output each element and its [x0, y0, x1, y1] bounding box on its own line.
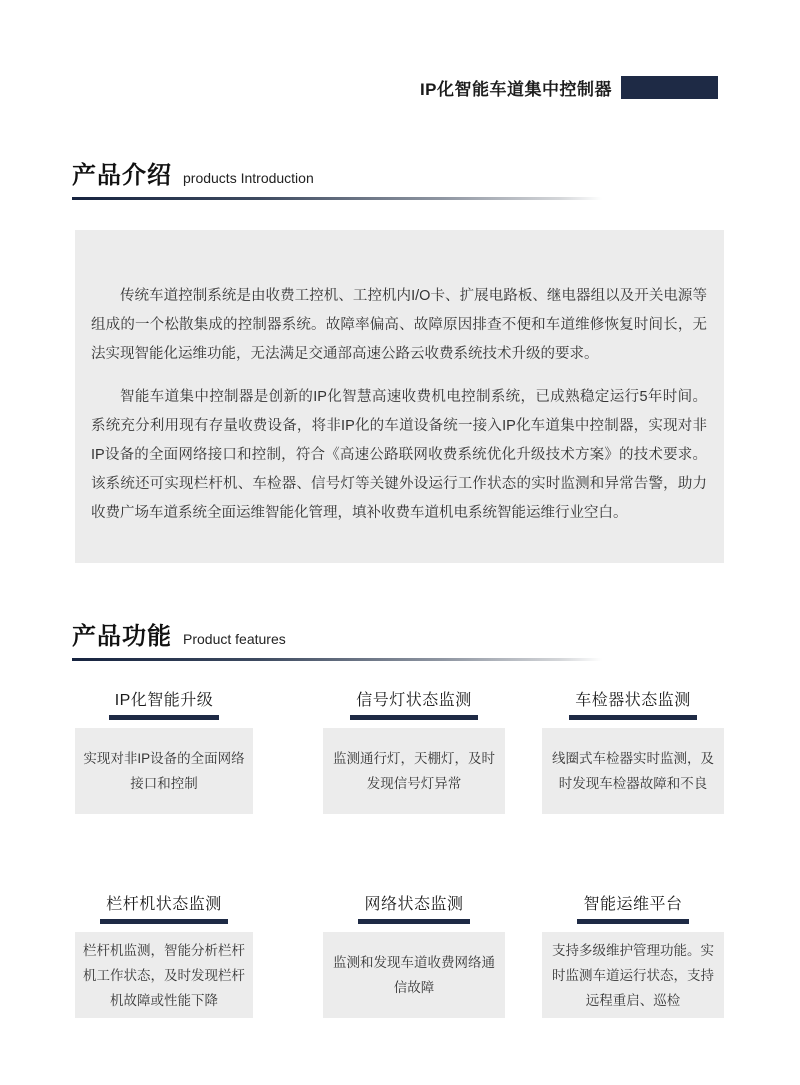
- feature-desc: 监测和发现车道收费网络通信故障: [331, 950, 497, 1000]
- feature-title-wrap: 网络状态监测: [358, 891, 469, 924]
- intro-title-row: 产品介绍 products Introduction: [72, 155, 602, 190]
- feature-card-network-status: 网络状态监测 监测和发现车道收费网络通信故障: [323, 891, 505, 1018]
- feature-title: 栏杆机状态监测: [100, 891, 228, 914]
- feature-desc-panel: 支持多级维护管理功能。实时监测车道运行状态，支持远程重启、巡检: [542, 932, 724, 1018]
- intro-section-subtitle: products Introduction: [183, 170, 314, 186]
- header-accent-block: [621, 76, 718, 99]
- feature-title-wrap: 智能运维平台: [577, 891, 688, 924]
- feature-title-underline: [109, 715, 220, 720]
- feature-title-underline: [358, 919, 469, 924]
- features-section-subtitle: Product features: [183, 631, 286, 647]
- document-page: IP化智能车道集中控制器 产品介绍 products Introduction …: [0, 0, 800, 1085]
- feature-desc: 栏杆机监测，智能分析栏杆机工作状态，及时发现栏杆机故障或性能下降: [83, 938, 245, 1013]
- feature-title-underline: [569, 715, 697, 720]
- page-header-title: IP化智能车道集中控制器: [420, 75, 612, 100]
- features-section-title: 产品功能: [72, 616, 172, 651]
- feature-card-vehicle-detector: 车检器状态监测 线圈式车检器实时监测，及时发现车检器故障和不良: [542, 687, 724, 814]
- feature-title: 网络状态监测: [358, 891, 469, 914]
- feature-title-wrap: 信号灯状态监测: [350, 687, 478, 720]
- feature-title-underline: [100, 919, 228, 924]
- intro-section-underline: [72, 197, 602, 200]
- feature-desc-panel: 线圈式车检器实时监测，及时发现车检器故障和不良: [542, 728, 724, 814]
- feature-desc-panel: 实现对非IP设备的全面网络接口和控制: [75, 728, 253, 814]
- feature-card-barrier-gate: 栏杆机状态监测 栏杆机监测，智能分析栏杆机工作状态，及时发现栏杆机故障或性能下降: [75, 891, 253, 1018]
- features-section-underline: [72, 658, 602, 661]
- intro-paragraph-2: 智能车道集中控制器是创新的IP化智慧高速收费机电控制系统，已成熟稳定运行5年时间…: [91, 383, 707, 528]
- section-header-features: 产品功能 Product features: [72, 616, 602, 661]
- feature-desc-panel: 监测和发现车道收费网络通信故障: [323, 932, 505, 1018]
- intro-text-panel: 传统车道控制系统是由收费工控机、工控机内I/O卡、扩展电路板、继电器组以及开关电…: [75, 230, 724, 563]
- feature-title: 车检器状态监测: [569, 687, 697, 710]
- feature-card-ip-upgrade: IP化智能升级 实现对非IP设备的全面网络接口和控制: [75, 687, 253, 814]
- feature-desc: 线圈式车检器实时监测，及时发现车检器故障和不良: [550, 746, 716, 796]
- feature-desc: 支持多级维护管理功能。实时监测车道运行状态，支持远程重启、巡检: [550, 938, 716, 1013]
- feature-title-underline: [577, 919, 688, 924]
- feature-title: 信号灯状态监测: [350, 687, 478, 710]
- section-header-intro: 产品介绍 products Introduction: [72, 155, 602, 200]
- feature-title-wrap: 车检器状态监测: [569, 687, 697, 720]
- feature-desc-panel: 栏杆机监测，智能分析栏杆机工作状态，及时发现栏杆机故障或性能下降: [75, 932, 253, 1018]
- feature-card-smart-ops-platform: 智能运维平台 支持多级维护管理功能。实时监测车道运行状态，支持远程重启、巡检: [542, 891, 724, 1018]
- feature-card-signal-light: 信号灯状态监测 监测通行灯，天棚灯，及时发现信号灯异常: [323, 687, 505, 814]
- feature-desc: 监测通行灯，天棚灯，及时发现信号灯异常: [331, 746, 497, 796]
- intro-paragraph-1: 传统车道控制系统是由收费工控机、工控机内I/O卡、扩展电路板、继电器组以及开关电…: [91, 282, 707, 369]
- feature-desc: 实现对非IP设备的全面网络接口和控制: [83, 746, 245, 796]
- page-header: IP化智能车道集中控制器: [420, 75, 718, 100]
- feature-title: IP化智能升级: [109, 687, 220, 710]
- feature-title: 智能运维平台: [577, 891, 688, 914]
- feature-desc-panel: 监测通行灯，天棚灯，及时发现信号灯异常: [323, 728, 505, 814]
- features-title-row: 产品功能 Product features: [72, 616, 602, 651]
- feature-title-wrap: IP化智能升级: [109, 687, 220, 720]
- intro-section-title: 产品介绍: [72, 155, 172, 190]
- feature-title-underline: [350, 715, 478, 720]
- feature-title-wrap: 栏杆机状态监测: [100, 891, 228, 924]
